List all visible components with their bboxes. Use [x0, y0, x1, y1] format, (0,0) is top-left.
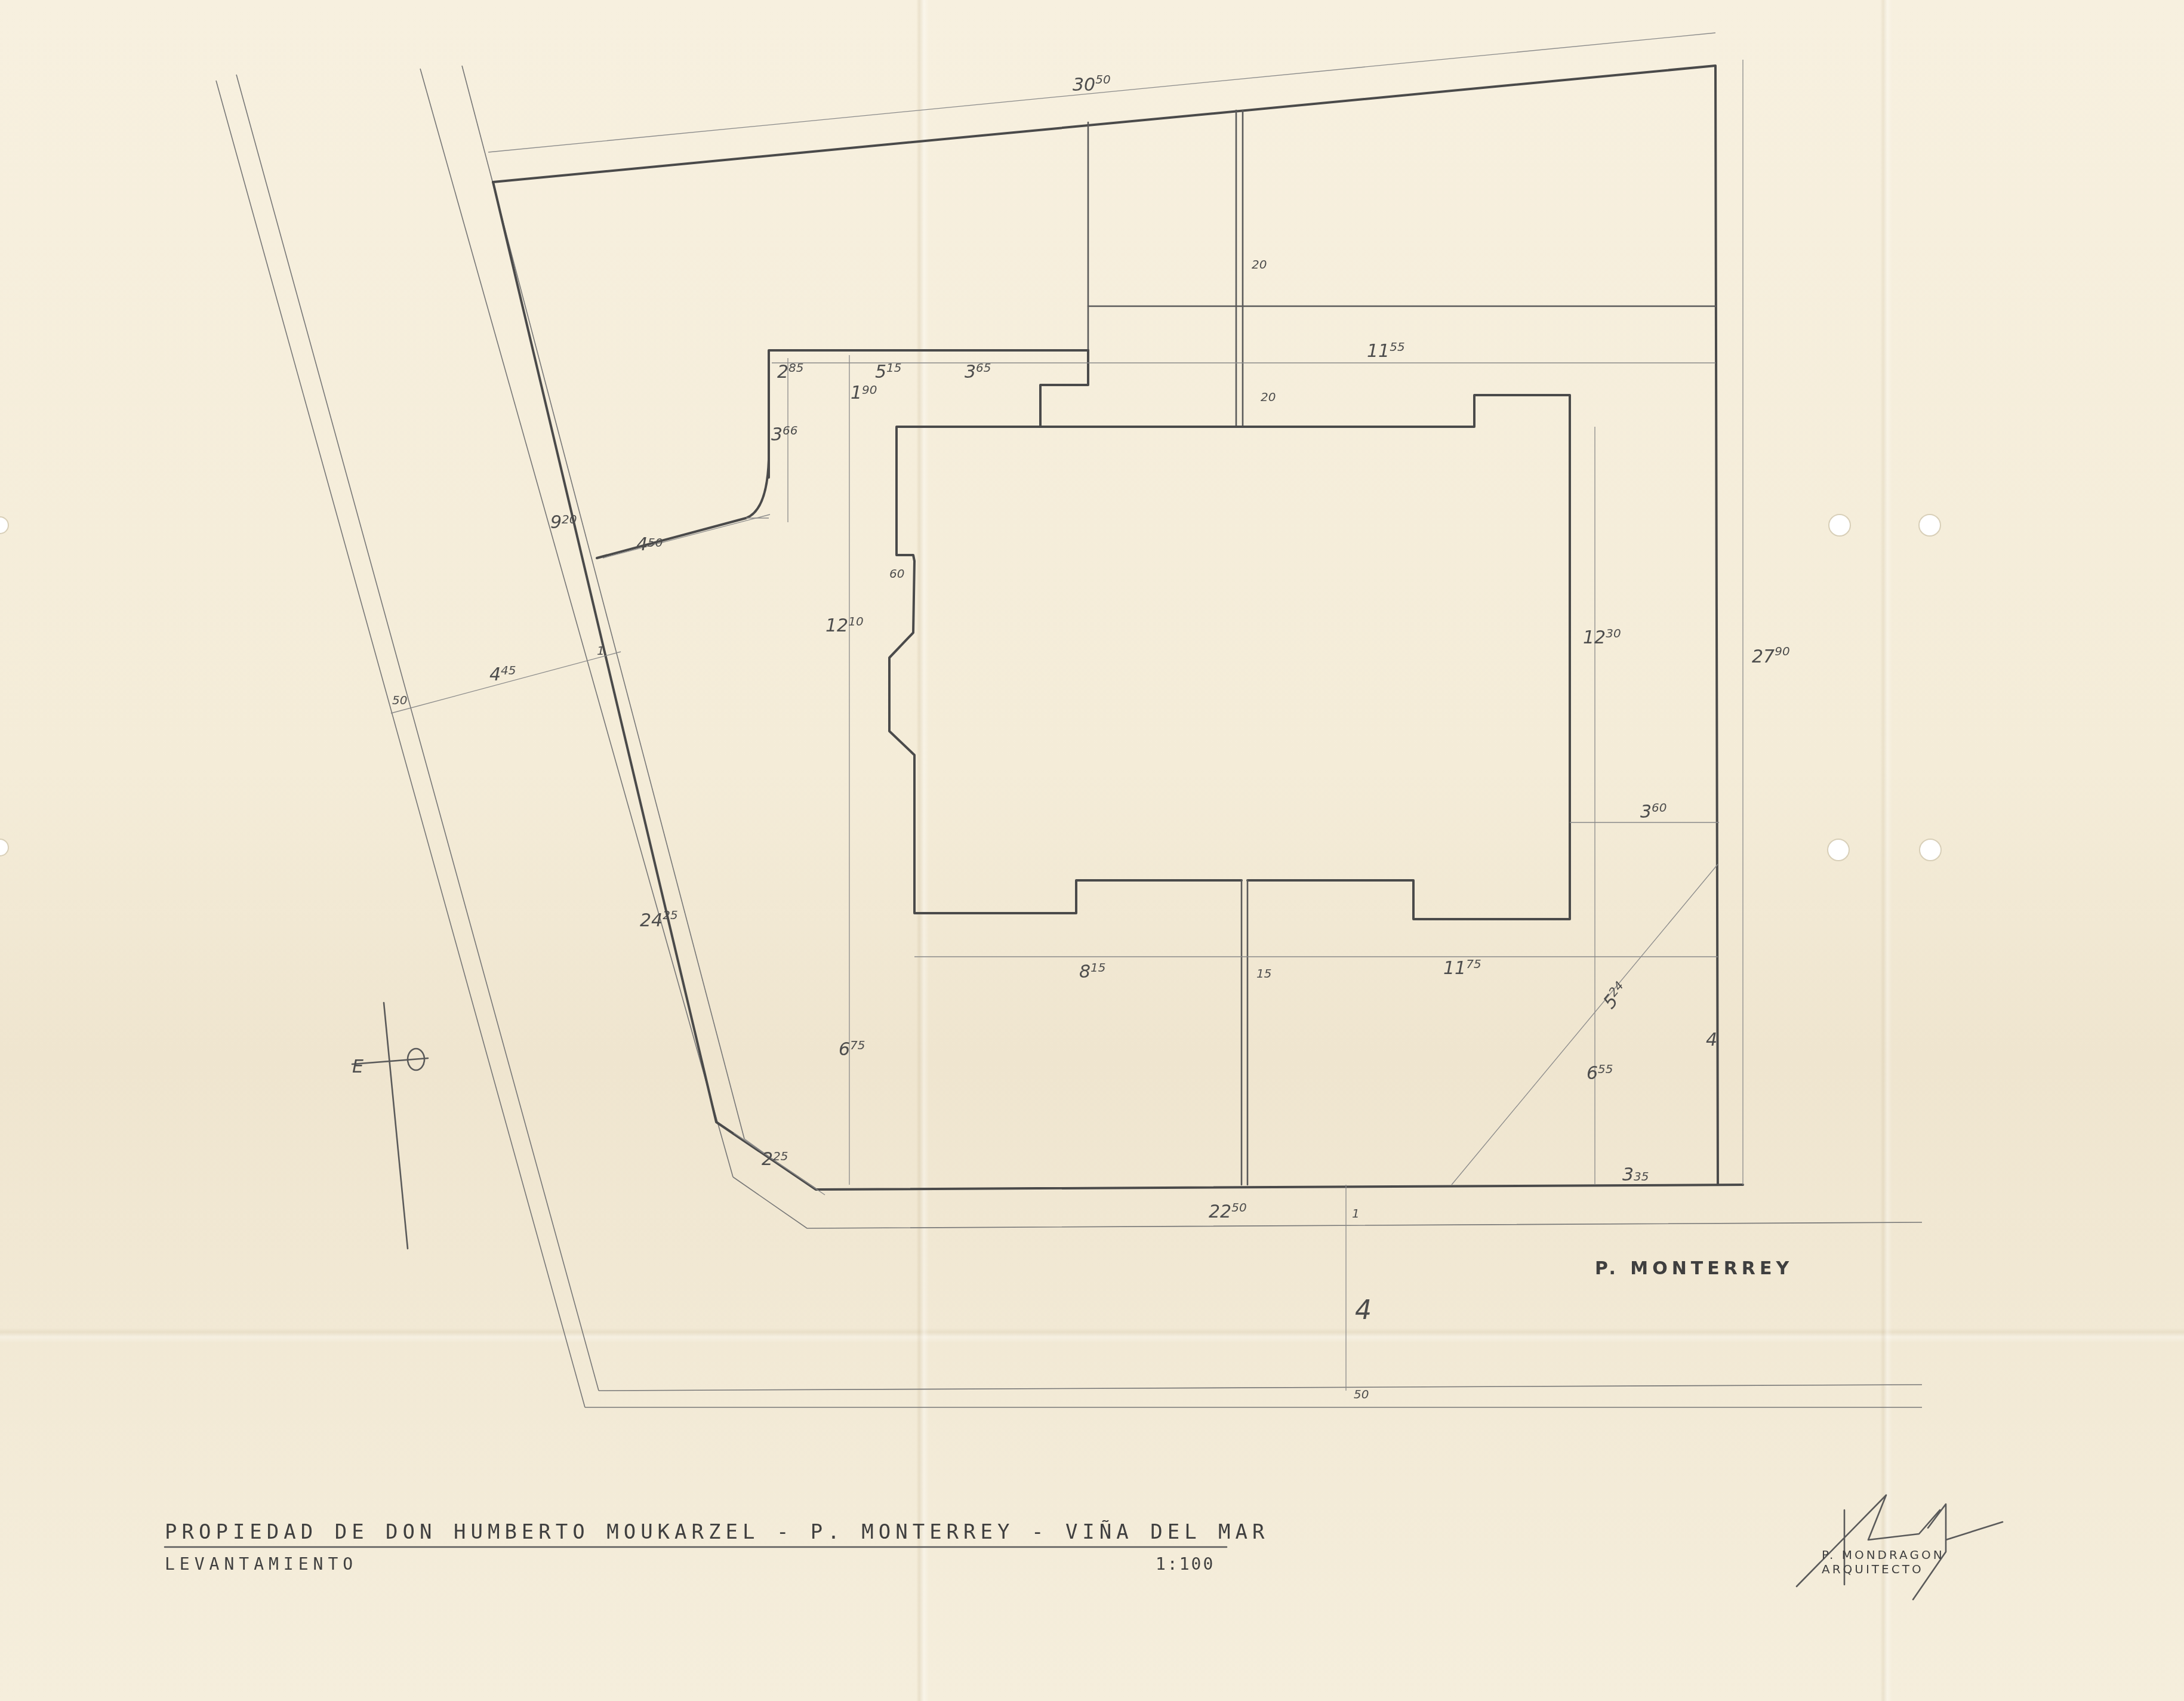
house-footprint [889, 350, 1570, 1185]
dim-rear-815: 815 [1079, 960, 1106, 982]
dim-curb-50-left: 50 [392, 693, 407, 707]
street-label: P. MONTERREY [1595, 1258, 1793, 1279]
dim-left-boundary: 2425 [640, 908, 678, 931]
dim-seg-450: 450 [636, 534, 663, 555]
dim-top-seg-3: 365 [965, 360, 991, 383]
dim-house-left-height: 1210 [825, 614, 864, 636]
property-boundary [493, 66, 1743, 1190]
dim-front-yard-655: 655 [1587, 1062, 1613, 1084]
signature-block: P. MONDRAGON ARQUITECTO [1797, 1495, 2003, 1600]
dim-setback-366: 366 [771, 423, 798, 445]
compass-east-label: E [352, 1056, 364, 1077]
dim-corner-335: 335 [1622, 1164, 1649, 1185]
drawing-subtitle: LEVANTAMIENTO [165, 1554, 358, 1574]
dim-diag-920: 920 [550, 512, 577, 533]
dim-right-boundary: 2790 [1752, 644, 1790, 667]
architect-name: P. MONDRAGON [1822, 1548, 1945, 1562]
site-plan: E 3050 2790 2425 2250 285 515 365 1155 2… [0, 0, 2184, 1701]
dim-top-seg-1: 285 [777, 360, 804, 383]
drawing-sheet: E 3050 2790 2425 2250 285 515 365 1155 2… [0, 0, 2184, 1701]
dim-sidewalk-445: 445 [489, 663, 516, 685]
dim-curb-1-left: 1 [597, 643, 605, 658]
dim-corner-4: 4 [1706, 1030, 1717, 1050]
dim-house-right-height: 1230 [1583, 626, 1621, 648]
dim-street-50: 50 [1354, 1387, 1369, 1401]
dim-front-boundary: 2250 [1209, 1200, 1247, 1222]
dim-top-seg-4: 1155 [1367, 340, 1405, 362]
dim-diag-524: 524 [1598, 978, 1632, 1013]
dim-bay-60: 60 [889, 566, 904, 581]
compass-icon: E [352, 1003, 428, 1249]
title-block: PROPIEDAD DE DON HUMBERTO MOUKARZEL - P.… [165, 1520, 1270, 1574]
neighbour-lots [1088, 110, 1715, 427]
dim-street-4: 4 [1355, 1295, 1372, 1326]
dim-rear-1175: 1175 [1443, 957, 1481, 979]
dim-side-yard-360: 360 [1640, 800, 1667, 822]
left-street-lines [216, 66, 744, 1407]
dim-front-yard-675: 675 [839, 1038, 865, 1060]
dim-rear-15: 15 [1256, 966, 1271, 981]
dim-street-1: 1 [1352, 1206, 1360, 1221]
dim-wall-20-a: 20 [1252, 257, 1267, 272]
dimension-labels: 3050 2790 2425 2250 285 515 365 1155 20 … [392, 72, 1790, 1401]
drawing-title: PROPIEDAD DE DON HUMBERTO MOUKARZEL - P.… [165, 1520, 1270, 1544]
dim-wall-20-b: 20 [1261, 390, 1276, 404]
dim-top-seg-2: 515 [875, 360, 902, 383]
rear-wall [597, 350, 1088, 558]
drawing-scale: 1:100 [1156, 1554, 1215, 1574]
architect-role: ARQUITECTO [1822, 1562, 1924, 1576]
dim-setback-190: 190 [851, 383, 877, 403]
